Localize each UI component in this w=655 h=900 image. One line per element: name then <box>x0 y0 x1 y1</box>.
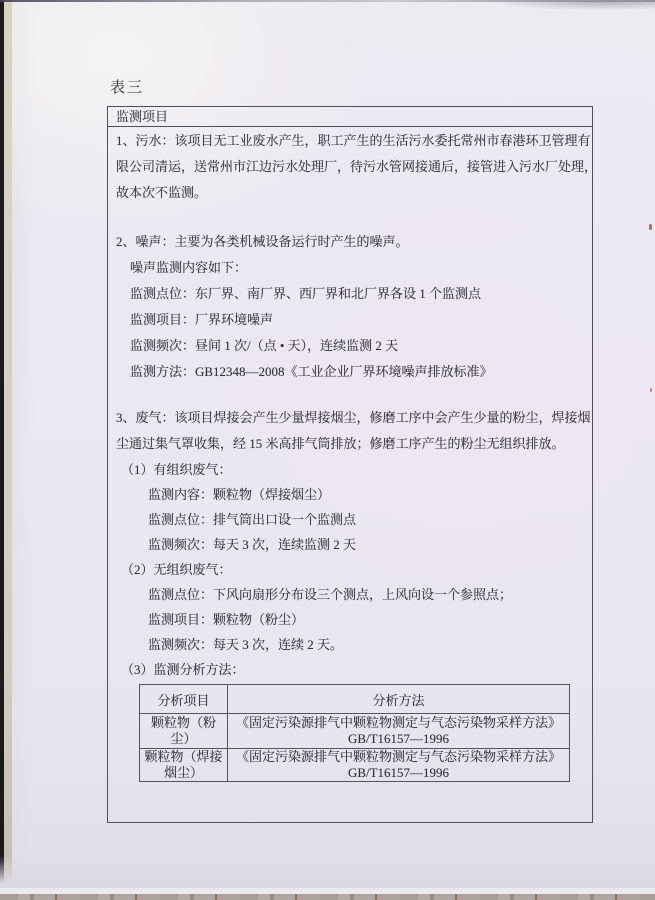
red-ink-speck <box>649 224 652 230</box>
text-line: 1、污水：该项目无工业废水产生，职工产生的生活污水委托常州市春港环卫管理有 <box>108 128 592 154</box>
text-line: 监测频次：昼间 1 次/（点 • 天），连续监测 2 天 <box>108 333 592 359</box>
method-code: GB/T16157—1996 <box>230 765 567 781</box>
section-title-line: 2、噪声：主要为各类机械设备运行时产生的噪声。 <box>108 229 592 255</box>
scan-bottom-edge-band <box>0 894 655 900</box>
text-line: 监测方法：GB12348—2008《工业企业厂界环境噪声排放标准》 <box>108 359 592 385</box>
text-line: 监测点位：东厂界、南厂界、西厂界和北厂界各设 1 个监测点 <box>108 281 592 307</box>
text-line: 监测项目：颗粒物（粉尘） <box>108 607 592 632</box>
noise-section: 2、噪声：主要为各类机械设备运行时产生的噪声。 噪声监测内容如下： 监测点位：东… <box>108 229 592 385</box>
unorganized-exhaust-subsection: （2）无组织废气： 监测点位：下风向扇形分布设三个测点，上风向设一个参照点； 监… <box>108 557 592 657</box>
subsection-title-line: （3）监测分析方法： <box>108 657 592 682</box>
text-line: 故本次不监测。 <box>108 180 592 206</box>
table-row: 颗粒物（粉尘） 《固定污染源排气中颗粒物测定与气态污染物采样方法》 GB/T16… <box>140 714 570 749</box>
text-line: 噪声监测内容如下： <box>108 255 592 281</box>
text-line: 尘通过集气罩收集，经 15 米高排气筒排放；修磨工序产生的粉尘无组织排放。 <box>108 431 592 457</box>
organized-exhaust-subsection: （1）有组织废气： 监测内容：颗粒物（焊接烟尘） 监测点位：排气筒出口设一个监测… <box>108 457 592 557</box>
scan-left-paper-edge <box>4 0 12 900</box>
table-header-method: 分析方法 <box>228 685 570 714</box>
method-title: 《固定污染源排气中颗粒物测定与气态污染物采样方法》 <box>230 749 567 765</box>
method-title: 《固定污染源排气中颗粒物测定与气态污染物采样方法》 <box>230 715 567 731</box>
item-cell: 颗粒物（焊接烟尘） <box>140 749 228 782</box>
table-header-row: 分析项目 分析方法 <box>140 685 570 714</box>
scan-top-right-shadow <box>455 0 655 16</box>
table-row: 颗粒物（焊接烟尘） 《固定污染源排气中颗粒物测定与气态污染物采样方法》 GB/T… <box>140 749 570 782</box>
box-body: 1、污水：该项目无工业废水产生，职工产生的生活污水委托常州市春港环卫管理有 限公… <box>108 127 592 782</box>
subsection-title-line: （1）有组织废气： <box>108 457 592 482</box>
table-header-item: 分析项目 <box>140 685 228 714</box>
scan-bottom-fade <box>0 856 655 888</box>
page-label: 表三 <box>110 76 144 97</box>
exhaust-gas-section: 3、废气：该项目焊接会产生少量焊接烟尘，修磨工序中会产生少量的粉尘，焊接烟 尘通… <box>108 405 592 782</box>
analysis-method-table: 分析项目 分析方法 颗粒物（粉尘） 《固定污染源排气中颗粒物测定与气态污染物采样… <box>139 684 570 782</box>
method-cell: 《固定污染源排气中颗粒物测定与气态污染物采样方法》 GB/T16157—1996 <box>228 714 570 749</box>
wastewater-section: 1、污水：该项目无工业废水产生，职工产生的生活污水委托常州市春港环卫管理有 限公… <box>108 128 592 206</box>
text-line: 监测内容：颗粒物（焊接烟尘） <box>108 482 592 507</box>
method-code: GB/T16157—1996 <box>230 731 567 747</box>
box-header: 监测项目 <box>108 107 592 127</box>
text-line: 监测频次：每天 3 次，连续 2 天。 <box>108 632 592 657</box>
text-line: 监测项目：厂界环境噪声 <box>108 307 592 333</box>
text-line: 监测点位：下风向扇形分布设三个测点，上风向设一个参照点； <box>108 582 592 607</box>
subsection-title-line: （2）无组织废气： <box>108 557 592 582</box>
text-line: 限公司清运，送常州市江边污水处理厂，待污水管网接通后，接管进入污水厂处理， <box>108 154 592 180</box>
scanned-document-page: 表三 监测项目 1、污水：该项目无工业废水产生，职工产生的生活污水委托常州市春港… <box>0 0 655 900</box>
red-ink-speck <box>650 388 652 392</box>
text-line: 监测频次：每天 3 次，连续监测 2 天 <box>108 532 592 557</box>
method-cell: 《固定污染源排气中颗粒物测定与气态污染物采样方法》 GB/T16157—1996 <box>228 749 570 782</box>
monitoring-items-box: 监测项目 1、污水：该项目无工业废水产生，职工产生的生活污水委托常州市春港环卫管… <box>107 106 593 823</box>
text-line: 监测点位：排气筒出口设一个监测点 <box>108 507 592 532</box>
section-title-line: 3、废气：该项目焊接会产生少量焊接烟尘，修磨工序中会产生少量的粉尘，焊接烟 <box>108 405 592 431</box>
item-cell: 颗粒物（粉尘） <box>140 714 228 749</box>
